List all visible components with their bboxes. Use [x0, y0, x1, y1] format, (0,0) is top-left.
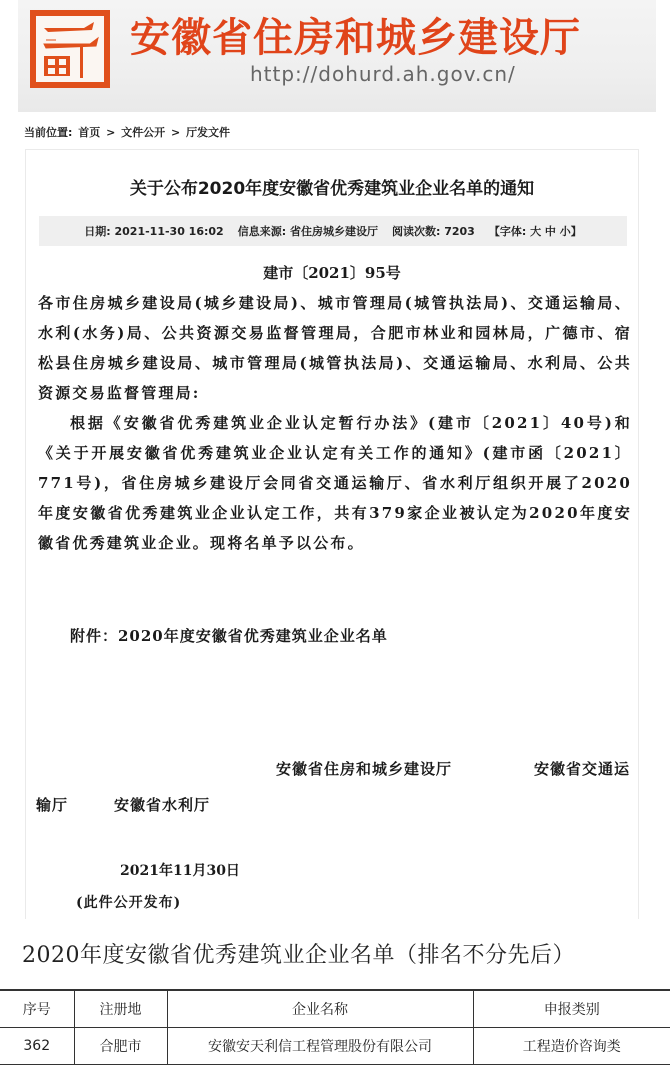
- source-meta: 信息来源: 省住房城乡建设厅: [238, 223, 378, 239]
- document-number: 建市〔2021〕95号: [26, 262, 638, 283]
- page-title: 关于公布2020年度安徽省优秀建筑业企业名单的通知: [26, 174, 638, 199]
- font-size-close-bracket: 】: [571, 225, 582, 238]
- signatory-housing-dept: 安徽省住房和城乡建设厅: [276, 758, 452, 779]
- article-meta-bar: 日期: 2021-11-30 16:02 信息来源: 省住房城乡建设厅 阅读次数…: [39, 216, 627, 246]
- company-list-title: 2020年度安徽省优秀建筑业企业名单（排名不分先后）: [22, 938, 575, 969]
- column-header-category: 申报类别: [473, 990, 670, 1027]
- body-paragraph: 根据《安徽省优秀建筑业企业认定暂行办法》(建市〔2021〕40号)和《关于开展安…: [38, 408, 632, 558]
- breadcrumb-separator: >: [171, 126, 180, 139]
- signatory-transport-dept-part2: 输厅: [36, 794, 68, 815]
- site-url[interactable]: http://dohurd.ah.gov.cn/: [250, 62, 516, 86]
- source-value: 省住房城乡建设厅: [290, 225, 378, 238]
- views-value: 7203: [444, 225, 475, 238]
- cell-category: 工程造价咨询类: [473, 1027, 670, 1064]
- font-size-control: 【字体: 大 中 小】: [489, 223, 582, 239]
- date-meta: 日期: 2021-11-30 16:02: [84, 223, 223, 239]
- font-size-small-button[interactable]: 小: [560, 225, 571, 238]
- signatory-transport-dept-part1: 安徽省交通运: [534, 758, 630, 779]
- date-label: 日期:: [84, 225, 110, 238]
- date-value: 2021-11-30 16:02: [114, 225, 223, 238]
- attachment-link[interactable]: 附件：2020年度安徽省优秀建筑业企业名单: [70, 625, 388, 646]
- public-release-note: (此件公开发布): [76, 892, 181, 912]
- cell-company: 安徽安天利信工程管理股份有限公司: [167, 1027, 473, 1064]
- breadcrumb-separator: >: [106, 126, 115, 139]
- recipients-paragraph: 各市住房城乡建设局(城乡建设局)、城市管理局(城管执法局)、交通运输局、水利(水…: [38, 288, 632, 408]
- font-size-large-button[interactable]: 大: [530, 225, 541, 238]
- signatory-water-dept: 安徽省水利厅: [114, 794, 210, 815]
- company-list-table: 序号 注册地 企业名称 申报类别 362 合肥市 安徽安天利信工程管理股份有限公…: [0, 989, 670, 1065]
- table-row: 362 合肥市 安徽安天利信工程管理股份有限公司 工程造价咨询类: [0, 1027, 670, 1064]
- cell-region: 合肥市: [74, 1027, 167, 1064]
- views-meta: 阅读次数: 7203: [392, 223, 475, 239]
- breadcrumb-item-file-public[interactable]: 文件公开: [121, 126, 165, 139]
- site-header: 安徽省住房和城乡建设厅 http://dohurd.ah.gov.cn/: [18, 0, 656, 112]
- breadcrumb-item-home[interactable]: 首页: [78, 126, 100, 139]
- column-header-region: 注册地: [74, 990, 167, 1027]
- document-body: 各市住房城乡建设局(城乡建设局)、城市管理局(城管执法局)、交通运输局、水利(水…: [38, 288, 632, 558]
- gate-logo-icon[interactable]: [30, 10, 110, 88]
- breadcrumb: 当前位置: 首页 > 文件公开 > 厅发文件: [24, 124, 232, 140]
- column-header-company: 企业名称: [167, 990, 473, 1027]
- font-size-medium-button[interactable]: 中: [545, 225, 556, 238]
- signature-date: 2021年11月30日: [120, 860, 240, 880]
- breadcrumb-label: 当前位置:: [24, 126, 72, 139]
- views-label: 阅读次数:: [392, 225, 440, 238]
- font-size-label: 【字体:: [489, 225, 526, 238]
- breadcrumb-item-dept-files[interactable]: 厅发文件: [186, 126, 230, 139]
- article-card: 关于公布2020年度安徽省优秀建筑业企业名单的通知 日期: 2021-11-30…: [25, 149, 639, 919]
- table-header-row: 序号 注册地 企业名称 申报类别: [0, 990, 670, 1027]
- column-header-index: 序号: [0, 990, 74, 1027]
- source-label: 信息来源:: [238, 225, 286, 238]
- cell-index: 362: [0, 1027, 74, 1064]
- site-title[interactable]: 安徽省住房和城乡建设厅: [130, 6, 581, 63]
